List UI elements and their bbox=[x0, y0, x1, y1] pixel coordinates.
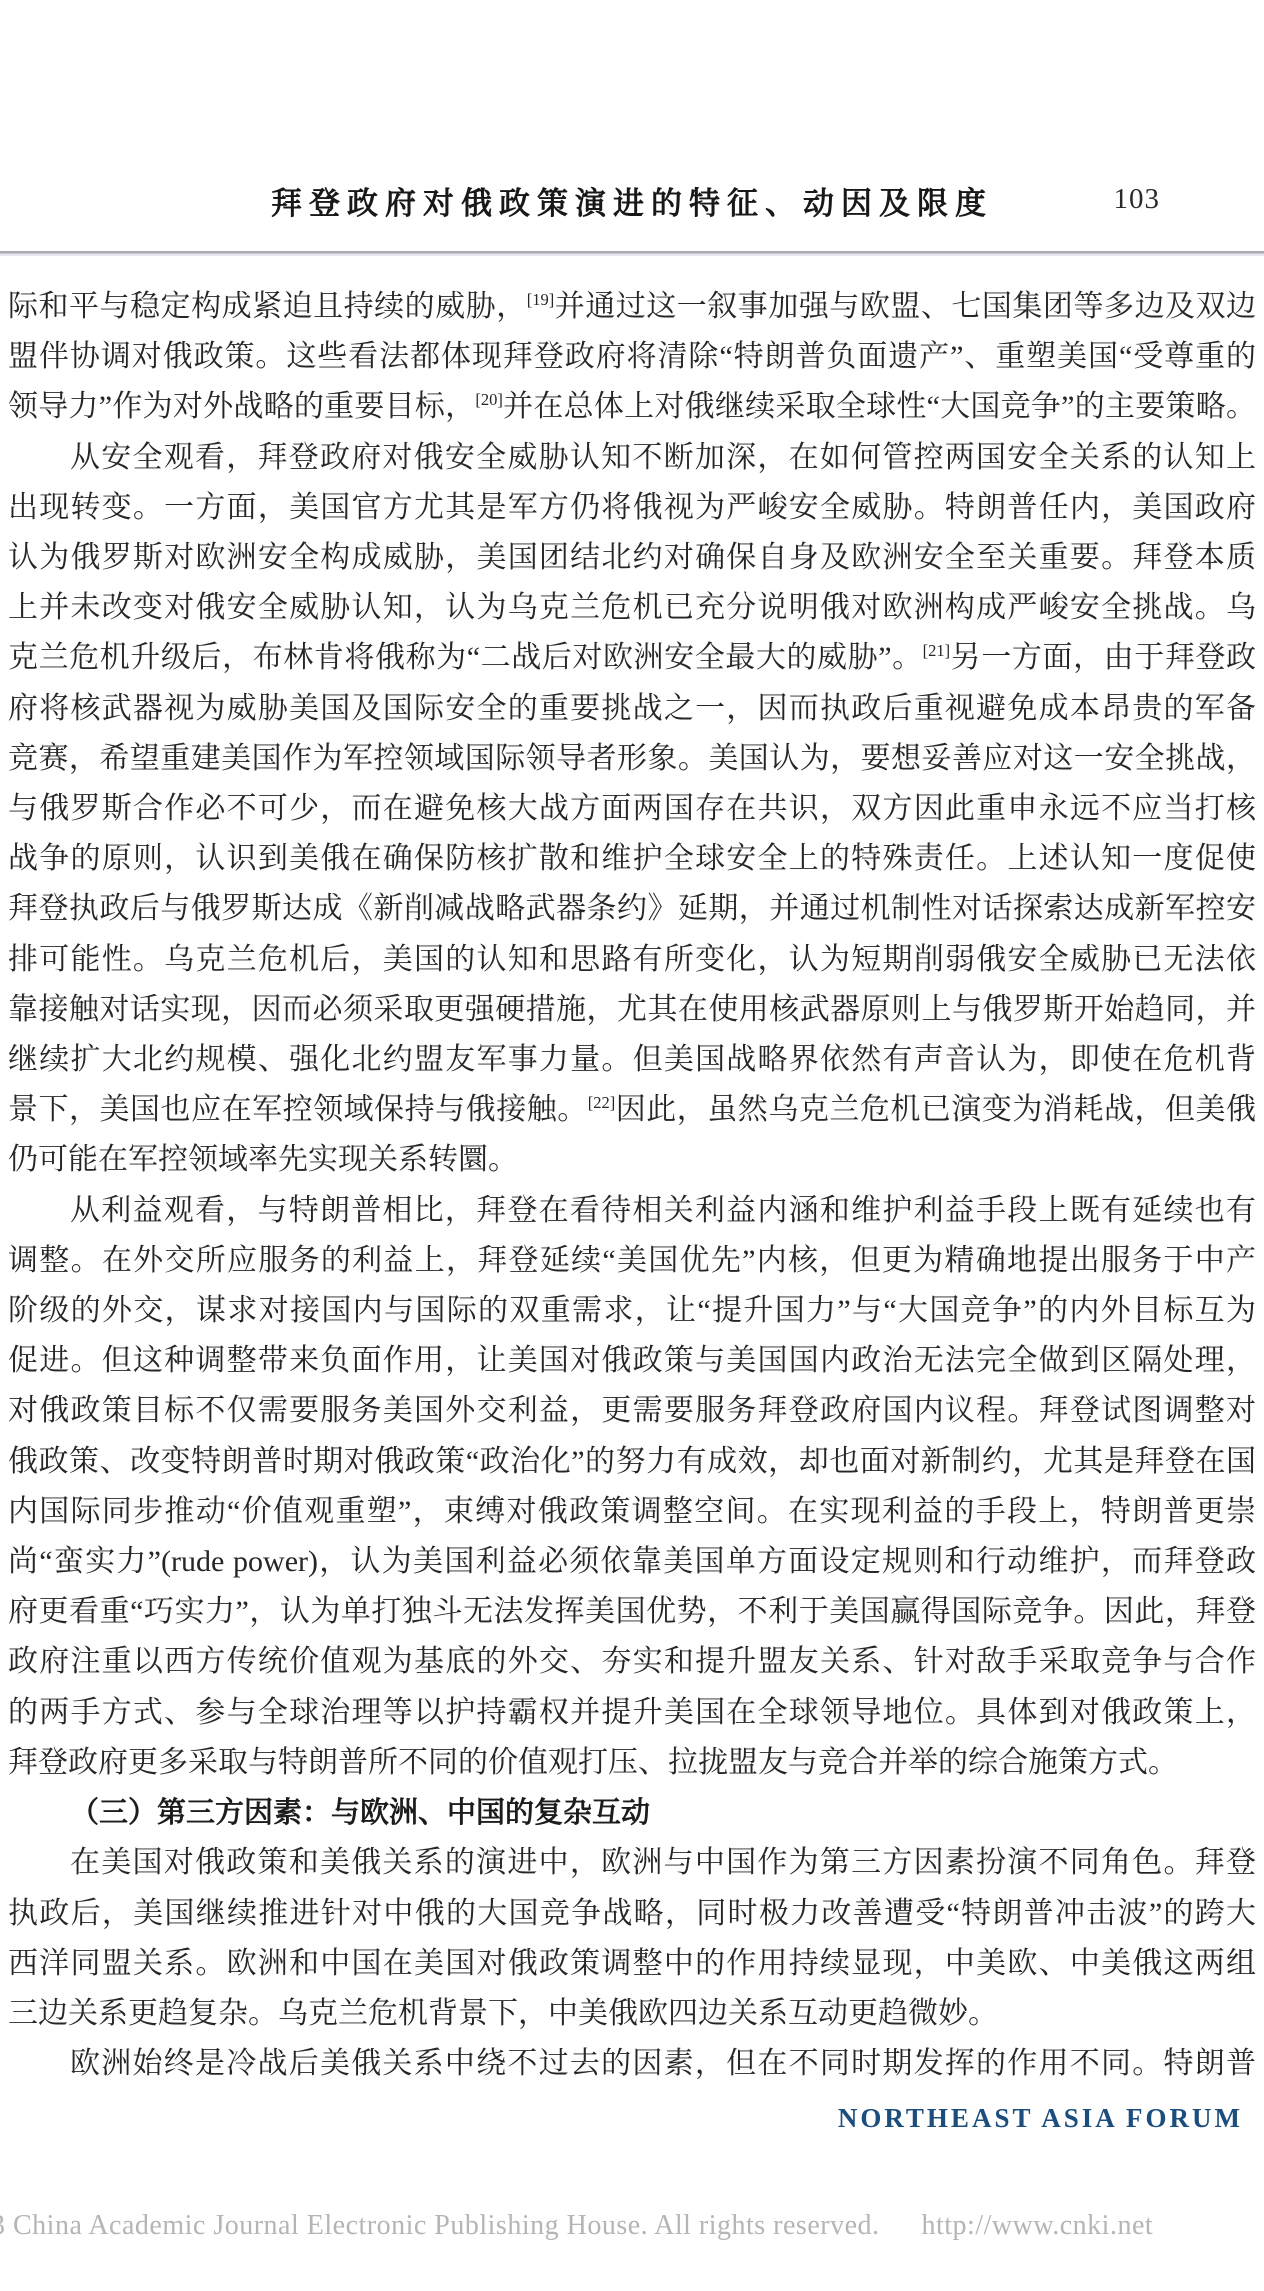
body-line: 对俄政策目标不仅需要服务美国外交利益，更需要服务拜登政府国内议程。拜登试图调整对 bbox=[8, 1386, 1256, 1436]
body-line: 从利益观看，与特朗普相比，拜登在看待相关利益内涵和维护利益手段上既有延续也有 bbox=[8, 1186, 1256, 1236]
body-line: 三边关系更趋复杂。乌克兰危机背景下，中美俄欧四边关系互动更趋微妙。 bbox=[8, 1989, 1256, 2039]
body-line: 盟伴协调对俄政策。这些看法都体现拜登政府将清除“特朗普负面遗产”、重塑美国“受尊… bbox=[8, 332, 1256, 382]
footnote-marker: [20] bbox=[475, 390, 503, 409]
body-line: 仍可能在军控领域率先实现关系转圜。 bbox=[8, 1135, 1256, 1185]
copyright-text: 3 China Academic Journal Electronic Publ… bbox=[0, 2210, 880, 2241]
body-line: 排可能性。乌克兰危机后，美国的认知和思路有所变化，认为短期削弱俄安全威胁已无法依 bbox=[8, 935, 1256, 985]
body-text: 际和平与稳定构成紧迫且持续的威胁，[19]并通过这一叙事加强与欧盟、七国集团等多… bbox=[8, 282, 1256, 2089]
body-line: 内国际同步推动“价值观重塑”，束缚对俄政策调整空间。在实现利益的手段上，特朗普更… bbox=[8, 1487, 1256, 1537]
body-line: 战争的原则，认识到美俄在确保防核扩散和维护全球安全上的特殊责任。上述认知一度促使 bbox=[8, 834, 1256, 884]
body-line: 促进。但这种调整带来负面作用，让美国对俄政策与美国国内政治无法完全做到区隔处理， bbox=[8, 1336, 1256, 1386]
copyright-line: 3 China Academic Journal Electronic Publ… bbox=[0, 2210, 1153, 2242]
journal-page: 拜登政府对俄政策演进的特征、动因及限度 103 际和平与稳定构成紧迫且持续的威胁… bbox=[0, 0, 1264, 2291]
copyright-url: http://www.cnki.net bbox=[922, 2210, 1154, 2241]
footnote-marker: [21] bbox=[923, 641, 951, 660]
body-line: 克兰危机升级后，布林肯将俄称为“二战后对欧洲安全最大的威胁”。[21]另一方面，… bbox=[8, 633, 1256, 683]
body-line: 出现转变。一方面，美国官方尤其是军方仍将俄视为严峻安全威胁。特朗普任内，美国政府 bbox=[8, 483, 1256, 533]
body-line: 的两手方式、参与全球治理等以护持霸权并提升美国在全球领导地位。具体到对俄政策上， bbox=[8, 1688, 1256, 1738]
body-line: 政府注重以西方传统价值观为基底的外交、夯实和提升盟友关系、针对敌手采取竞争与合作 bbox=[8, 1637, 1256, 1687]
body-line: 府将核武器视为威胁美国及国际安全的重要挑战之一，因而执政后重视避免成本昂贵的军备 bbox=[8, 684, 1256, 734]
body-line: 俄政策、改变特朗普时期对俄政策“政治化”的努力有成效，却也面对新制约，尤其是拜登… bbox=[8, 1437, 1256, 1487]
article-title: 拜登政府对俄政策演进的特征、动因及限度 bbox=[0, 178, 1264, 223]
body-line: 与俄罗斯合作必不可少，而在避免核大战方面两国存在共识，双方因此重申永远不应当打核 bbox=[8, 784, 1256, 834]
body-line: 在美国对俄政策和美俄关系的演进中，欧洲与中国作为第三方因素扮演不同角色。拜登 bbox=[8, 1838, 1256, 1888]
body-line: 执政后，美国继续推进针对中俄的大国竞争战略，同时极力改善遭受“特朗普冲击波”的跨… bbox=[8, 1889, 1256, 1939]
body-line: 上并未改变对俄安全威胁认知，认为乌克兰危机已充分说明俄对欧洲构成严峻安全挑战。乌 bbox=[8, 583, 1256, 633]
body-line: 阶级的外交，谋求对接国内与国际的双重需求，让“提升国力”与“大国竞争”的内外目标… bbox=[8, 1286, 1256, 1336]
body-line: 尚“蛮实力”(rude power)，认为美国利益必须依靠美国单方面设定规则和行… bbox=[8, 1537, 1256, 1587]
journal-name: NORTHEAST ASIA FORUM bbox=[838, 2103, 1243, 2134]
body-line: 府更看重“巧实力”，认为单打独斗无法发挥美国优势，不利于美国赢得国际竞争。因此，… bbox=[8, 1587, 1256, 1637]
body-line: 西洋同盟关系。欧洲和中国在美国对俄政策调整中的作用持续显现，中美欧、中美俄这两组 bbox=[8, 1939, 1256, 1989]
body-line: 竞赛，希望重建美国作为军控领域国际领导者形象。美国认为，要想妥善应对这一安全挑战… bbox=[8, 734, 1256, 784]
body-line: 际和平与稳定构成紧迫且持续的威胁，[19]并通过这一叙事加强与欧盟、七国集团等多… bbox=[8, 282, 1256, 332]
footnote-marker: [22] bbox=[588, 1093, 616, 1112]
footnote-marker: [19] bbox=[527, 290, 555, 309]
page-number: 103 bbox=[1114, 183, 1161, 216]
body-line: 认为俄罗斯对欧洲安全构成威胁，美国团结北约对确保自身及欧洲安全至关重要。拜登本质 bbox=[8, 533, 1256, 583]
body-line: 领导力”作为对外战略的重要目标，[20]并在总体上对俄继续采取全球性“大国竞争”… bbox=[8, 382, 1256, 432]
section-heading: （三）第三方因素：与欧洲、中国的复杂互动 bbox=[8, 1788, 1256, 1838]
header-rule bbox=[0, 251, 1264, 256]
body-line: 欧洲始终是冷战后美俄关系中绕不过去的因素，但在不同时期发挥的作用不同。特朗普 bbox=[8, 2039, 1256, 2089]
body-line: 从安全观看，拜登政府对俄安全威胁认知不断加深，在如何管控两国安全关系的认知上 bbox=[8, 433, 1256, 483]
body-line: 拜登执政后与俄罗斯达成《新削减战略武器条约》延期，并通过机制性对话探索达成新军控… bbox=[8, 884, 1256, 934]
body-line: 景下，美国也应在军控领域保持与俄接触。[22]因此，虽然乌克兰危机已演变为消耗战… bbox=[8, 1085, 1256, 1135]
body-line: 拜登政府更多采取与特朗普所不同的价值观打压、拉拢盟友与竞合并举的综合施策方式。 bbox=[8, 1738, 1256, 1788]
body-line: 继续扩大北约规模、强化北约盟友军事力量。但美国战略界依然有声音认为，即使在危机背 bbox=[8, 1035, 1256, 1085]
body-line: 靠接触对话实现，因而必须采取更强硬措施，尤其在使用核武器原则上与俄罗斯开始趋同，… bbox=[8, 985, 1256, 1035]
body-line: 调整。在外交所应服务的利益上，拜登延续“美国优先”内核，但更为精确地提出服务于中… bbox=[8, 1236, 1256, 1286]
